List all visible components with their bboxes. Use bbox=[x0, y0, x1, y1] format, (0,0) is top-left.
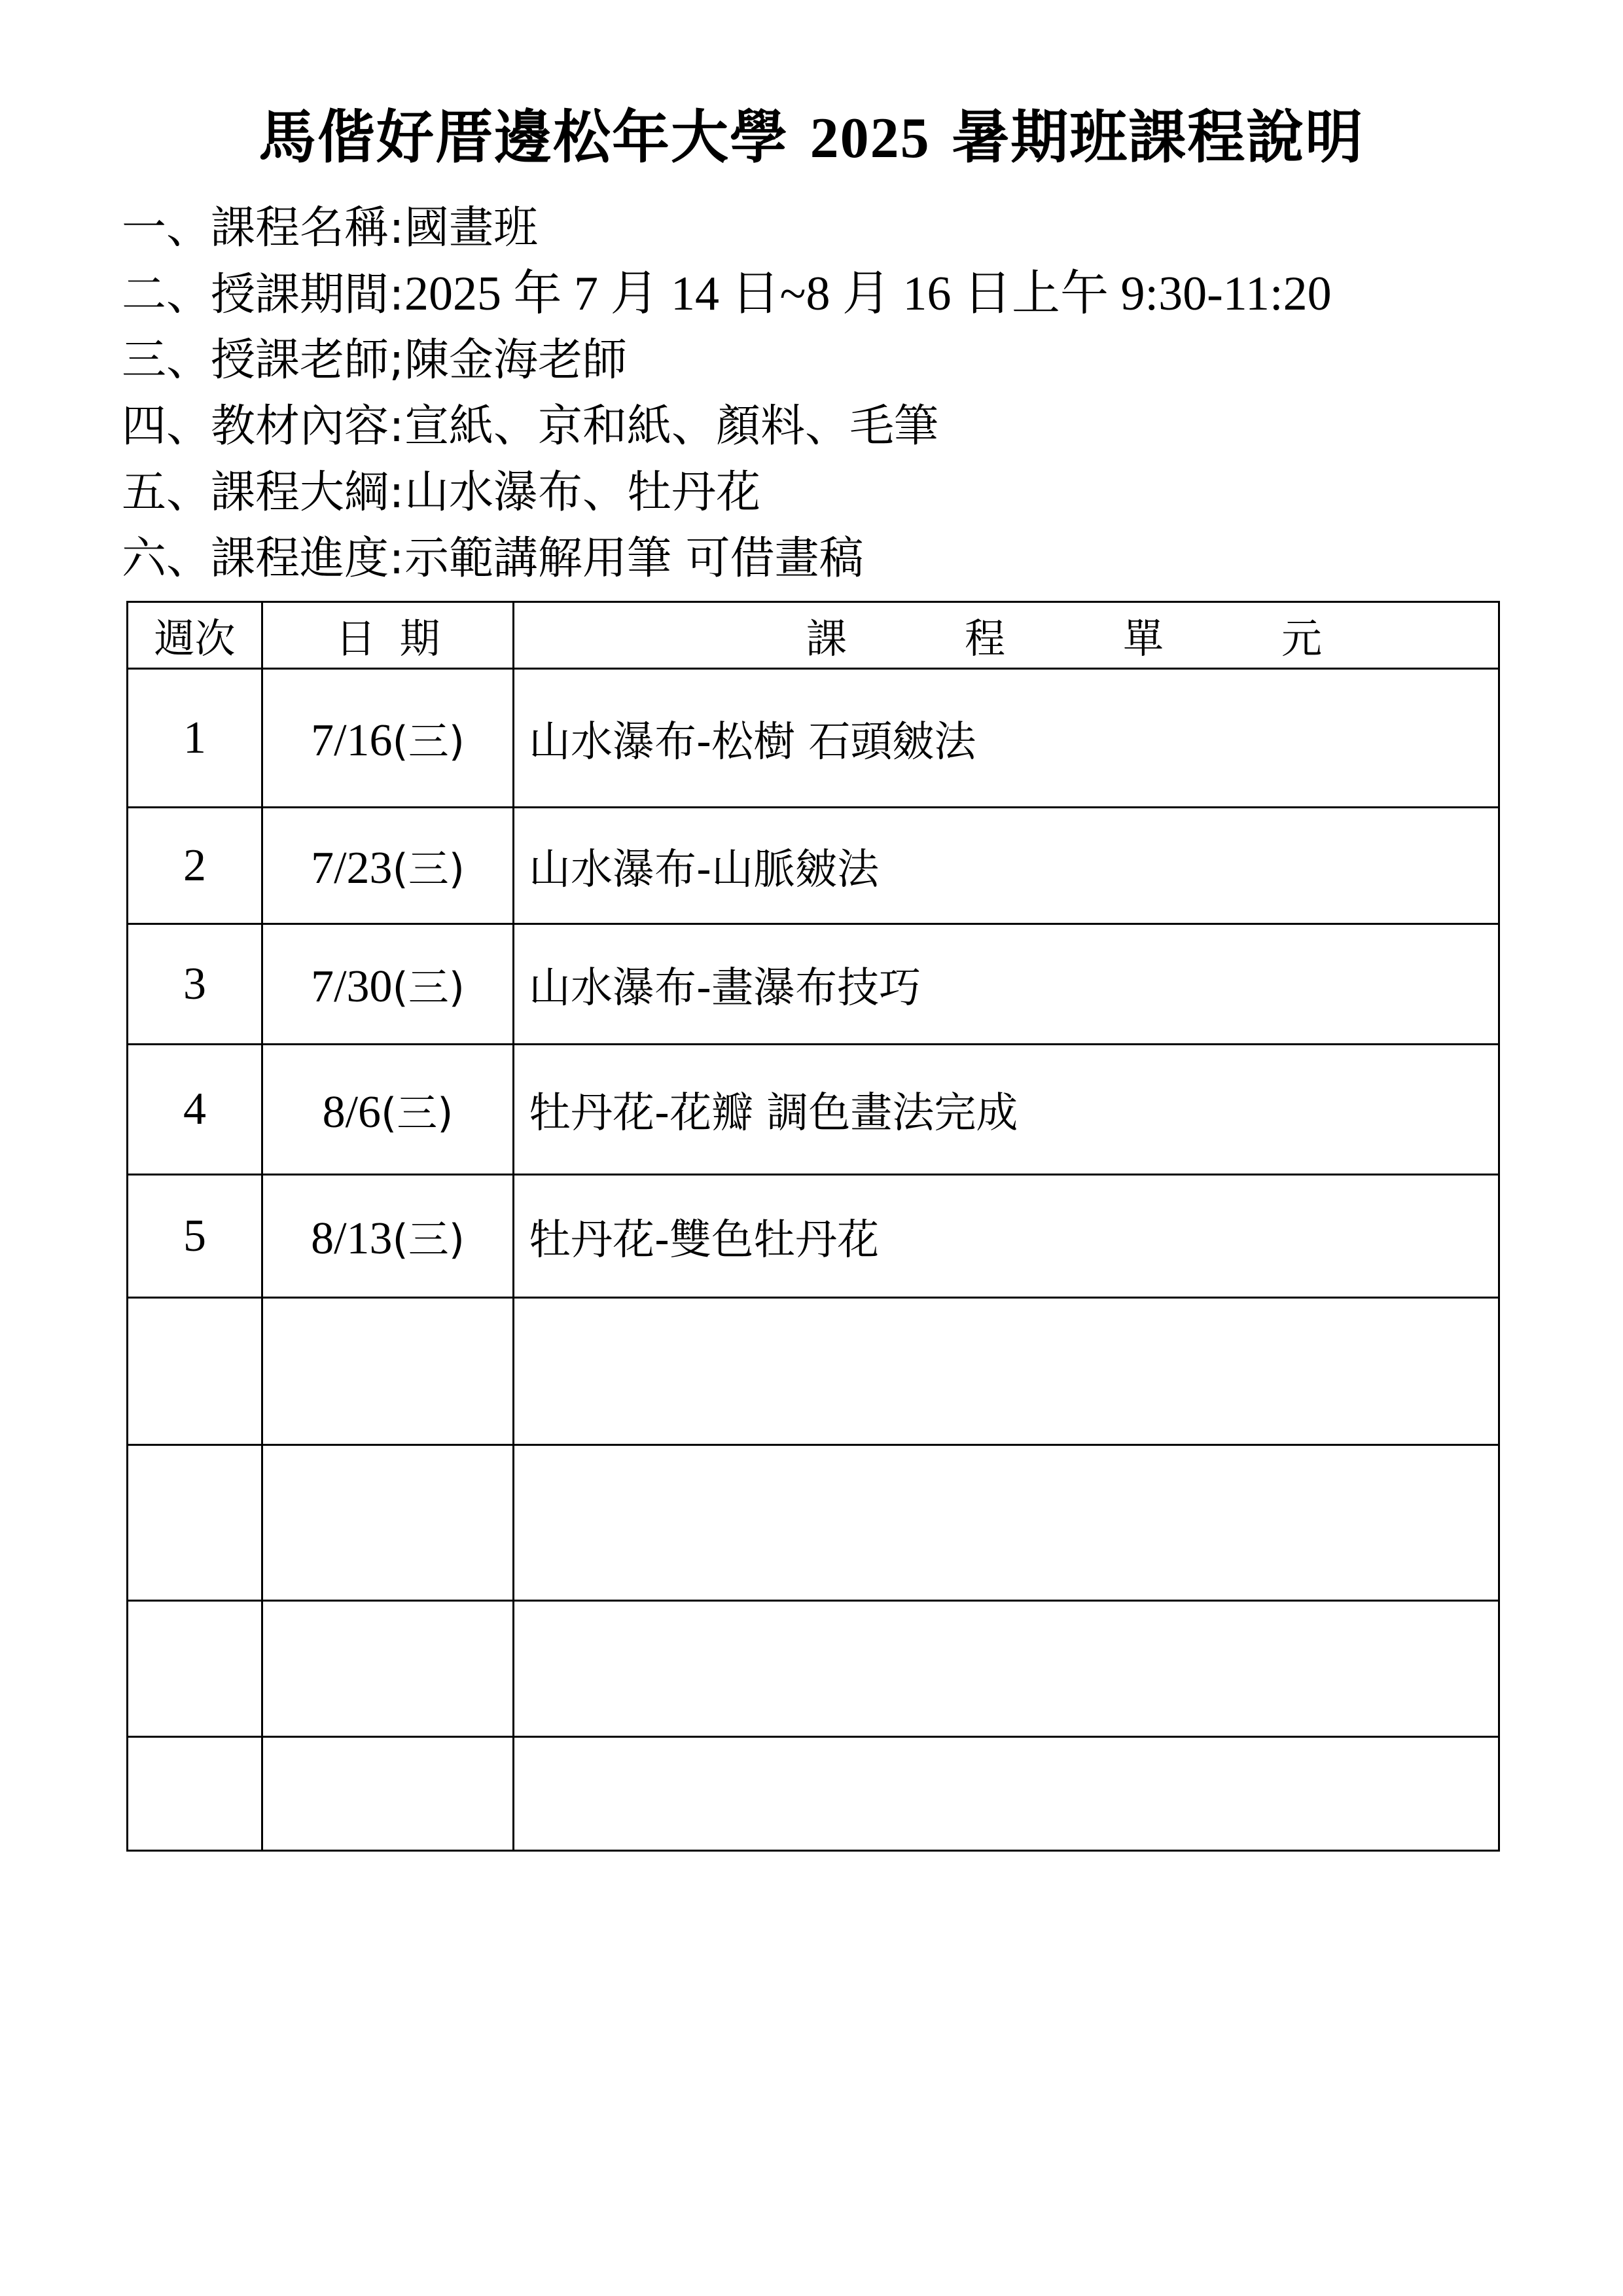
schedule-table: 週次 日期 課程單元 17/16(三)山水瀑布-松樹 石頭皴法27/23(三)山… bbox=[126, 601, 1500, 1852]
info-label: 四、教材內容 bbox=[122, 401, 389, 452]
date-value: 7/16 bbox=[311, 715, 392, 766]
table-row: 58/13(三)牡丹花-雙色牡丹花 bbox=[128, 1175, 1499, 1298]
cell-date bbox=[262, 1737, 514, 1851]
table-row bbox=[128, 1737, 1499, 1851]
info-progress: 六、課程進度:示範講解用筆 可借畫稿 bbox=[122, 526, 1496, 592]
date-value: 8/6 bbox=[323, 1087, 381, 1138]
header-week: 週次 bbox=[128, 602, 262, 669]
cell-week bbox=[128, 1445, 262, 1601]
page-title: 馬偕好厝邊松年大學 2025 暑期班課程說明 bbox=[259, 98, 1371, 177]
info-instructor: 三、授課老師;陳金海老師 bbox=[122, 327, 1496, 393]
info-separator: : bbox=[389, 526, 404, 592]
cell-unit: 牡丹花-雙色牡丹花 bbox=[514, 1175, 1499, 1298]
date-value: 7/23 bbox=[311, 843, 392, 893]
table-row: 27/23(三)山水瀑布-山脈皴法 bbox=[128, 808, 1499, 924]
cell-unit bbox=[514, 1601, 1499, 1737]
cell-date bbox=[262, 1445, 514, 1601]
info-outline: 五、課程大綱:山水瀑布、牡丹花 bbox=[122, 459, 1496, 526]
table-row bbox=[128, 1445, 1499, 1601]
cell-date bbox=[262, 1298, 514, 1445]
info-label: 六、課程進度 bbox=[122, 533, 389, 584]
weekday-value: (三) bbox=[393, 717, 465, 765]
weekday-value: (三) bbox=[393, 1215, 465, 1263]
course-info-list: 一、課程名稱:國畫班 二、授課期間:2025 年 7 月 14 日~8 月 16… bbox=[122, 195, 1496, 592]
table-row: 48/6(三)牡丹花-花瓣 調色畫法完成 bbox=[128, 1045, 1499, 1175]
cell-week bbox=[128, 1298, 262, 1445]
info-value: 陳金海老師 bbox=[404, 334, 627, 386]
info-separator: : bbox=[389, 459, 404, 526]
info-course-period: 二、授課期間:2025 年 7 月 14 日~8 月 16 日上午 9:30-1… bbox=[122, 261, 1496, 327]
table-row: 37/30(三)山水瀑布-畫瀑布技巧 bbox=[128, 924, 1499, 1045]
info-separator: ; bbox=[389, 327, 404, 393]
info-label: 五、課程大綱 bbox=[122, 467, 389, 518]
weekday-value: (三) bbox=[381, 1089, 453, 1137]
cell-date: 8/6(三) bbox=[262, 1045, 514, 1175]
cell-unit bbox=[514, 1298, 1499, 1445]
table-header-row: 週次 日期 課程單元 bbox=[128, 602, 1499, 669]
cell-week: 4 bbox=[128, 1045, 262, 1175]
cell-date: 8/13(三) bbox=[262, 1175, 514, 1298]
cell-week bbox=[128, 1601, 262, 1737]
cell-date bbox=[262, 1601, 514, 1737]
cell-unit: 牡丹花-花瓣 調色畫法完成 bbox=[514, 1045, 1499, 1175]
info-separator: : bbox=[389, 393, 404, 459]
cell-week: 5 bbox=[128, 1175, 262, 1298]
cell-unit: 山水瀑布-松樹 石頭皴法 bbox=[514, 669, 1499, 808]
cell-week: 1 bbox=[128, 669, 262, 808]
cell-week: 2 bbox=[128, 808, 262, 924]
info-separator: : bbox=[389, 262, 404, 328]
cell-week: 3 bbox=[128, 924, 262, 1045]
weekday-value: (三) bbox=[393, 845, 465, 893]
header-date: 日期 bbox=[262, 602, 514, 669]
cell-unit: 山水瀑布-山脈皴法 bbox=[514, 808, 1499, 924]
info-label: 一、課程名稱 bbox=[122, 202, 389, 254]
header-date-label: 日期 bbox=[312, 615, 463, 662]
cell-unit bbox=[514, 1737, 1499, 1851]
info-course-name: 一、課程名稱:國畫班 bbox=[122, 195, 1496, 261]
cell-week bbox=[128, 1737, 262, 1851]
info-value: 國畫班 bbox=[404, 202, 538, 254]
date-value: 8/13 bbox=[311, 1213, 392, 1264]
table-row bbox=[128, 1601, 1499, 1737]
date-value: 7/30 bbox=[311, 961, 392, 1012]
title-suffix: 暑期班課程說明 bbox=[952, 103, 1364, 171]
cell-date: 7/23(三) bbox=[262, 808, 514, 924]
title-prefix: 馬偕好厝邊松年大學 bbox=[259, 103, 789, 171]
info-label: 二、授課期間 bbox=[122, 269, 389, 321]
header-unit: 課程單元 bbox=[514, 602, 1499, 669]
table-row bbox=[128, 1298, 1499, 1445]
info-value: 宣紙、京和紙、顏料、毛筆 bbox=[404, 401, 938, 452]
cell-date: 7/30(三) bbox=[262, 924, 514, 1045]
table-row: 17/16(三)山水瀑布-松樹 石頭皴法 bbox=[128, 669, 1499, 808]
info-materials: 四、教材內容:宣紙、京和紙、顏料、毛筆 bbox=[122, 393, 1496, 459]
info-value: 2025 年 7 月 14 日~8 月 16 日上午 9:30-11:20 bbox=[404, 267, 1332, 321]
weekday-value: (三) bbox=[393, 963, 465, 1011]
header-unit-label: 課程單元 bbox=[514, 606, 1440, 664]
title-year: 2025 bbox=[810, 107, 931, 170]
info-separator: : bbox=[389, 195, 404, 261]
info-value: 山水瀑布、牡丹花 bbox=[404, 467, 760, 518]
info-value: 示範講解用筆 可借畫稿 bbox=[404, 533, 864, 584]
cell-unit: 山水瀑布-畫瀑布技巧 bbox=[514, 924, 1499, 1045]
cell-unit bbox=[514, 1445, 1499, 1601]
cell-date: 7/16(三) bbox=[262, 669, 514, 808]
info-label: 三、授課老師 bbox=[122, 334, 389, 386]
